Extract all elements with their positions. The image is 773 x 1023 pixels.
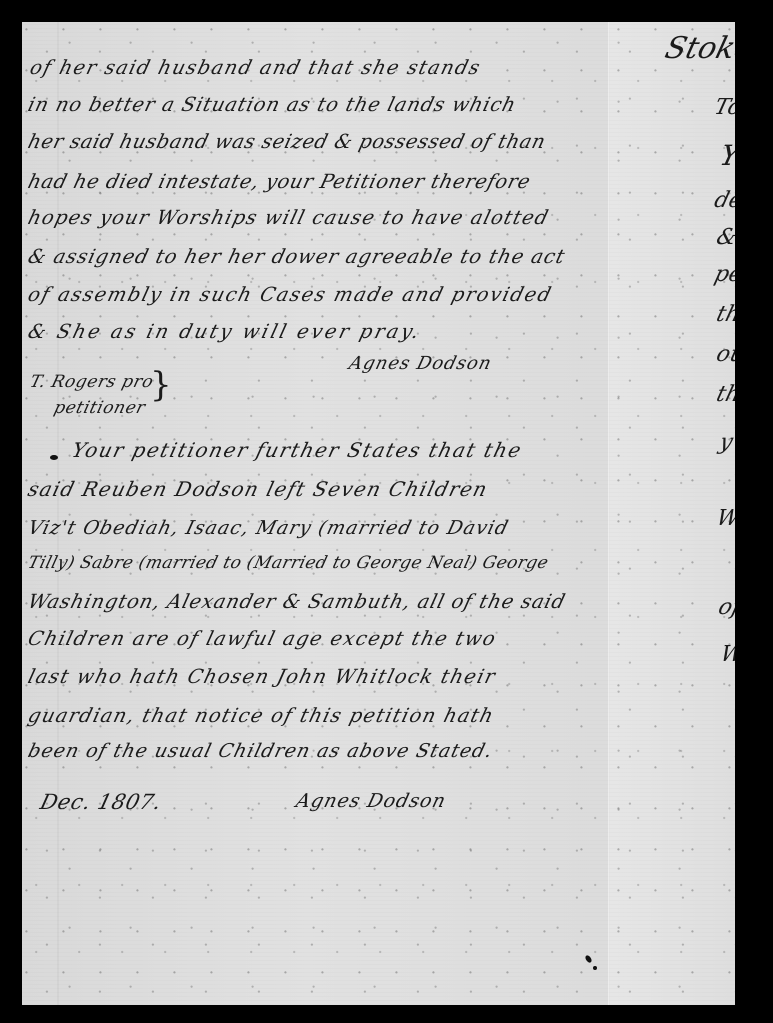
fragment-text: To <box>712 97 735 119</box>
page-fold-line <box>607 22 610 1005</box>
text-line: been of the usual Children as above Stat… <box>26 742 495 761</box>
text-line: Washington, Alexander & Sambuth, all of … <box>26 592 568 612</box>
fragment-text: Y <box>717 142 735 170</box>
brace-symbol: } <box>150 368 172 402</box>
text-line: Children are of lawful age except the tw… <box>26 629 499 649</box>
text-line: her said husband was seized & possessed … <box>26 132 548 152</box>
text-line: Your petitioner further States that the <box>70 440 525 460</box>
signature-agnes-dodson: Agnes Dodson <box>347 355 494 373</box>
fragment-text: y <box>717 432 735 454</box>
fragment-text: W <box>714 508 735 530</box>
text-line: & She as in duty will ever pray. <box>26 322 423 342</box>
fragment-text: de <box>712 190 735 212</box>
text-line: & assigned to her her dower agreeable to… <box>26 247 567 267</box>
ink-mark <box>50 455 58 460</box>
text-line: had he died intestate, your Petitioner t… <box>26 172 533 192</box>
fragment-text: Stokes <box>662 34 735 64</box>
fragment-text: ou <box>714 344 735 366</box>
document-page: of her said husband and that she stands … <box>22 22 735 1005</box>
ink-spot <box>584 954 593 963</box>
attorney-name: T. Rogers pro <box>28 374 155 391</box>
attorney-role: petitioner <box>52 400 147 417</box>
text-line: guardian, that notice of this petition h… <box>26 706 496 726</box>
fragment-text: pe <box>712 264 735 286</box>
ink-spot <box>593 966 597 970</box>
text-line: Viz't Obediah, Isaac, Mary (married to D… <box>26 519 511 538</box>
text-line: of her said husband and that she stands <box>28 58 483 78</box>
text-line: hopes your Worships will cause to have a… <box>26 208 551 228</box>
text-line: of assembly in such Cases made and provi… <box>26 285 554 305</box>
text-line: Tilly) Sabre (married to (Married to Geo… <box>26 555 550 572</box>
fragment-text: W <box>718 644 735 666</box>
signature-agnes-dodson-2: Agnes Dodson <box>294 792 448 811</box>
text-line: said Reuben Dodson left Seven Children <box>26 479 490 499</box>
fragment-text: of <box>716 597 735 619</box>
fragment-text: & t <box>714 227 735 249</box>
text-line: in no better a Situation as to the lands… <box>26 95 518 115</box>
fragment-text: th <box>714 384 735 406</box>
fragment-text: th <box>714 304 735 326</box>
text-line: last who hath Chosen John Whitlock their <box>26 667 498 687</box>
date-text: Dec. 1807. <box>38 792 164 813</box>
